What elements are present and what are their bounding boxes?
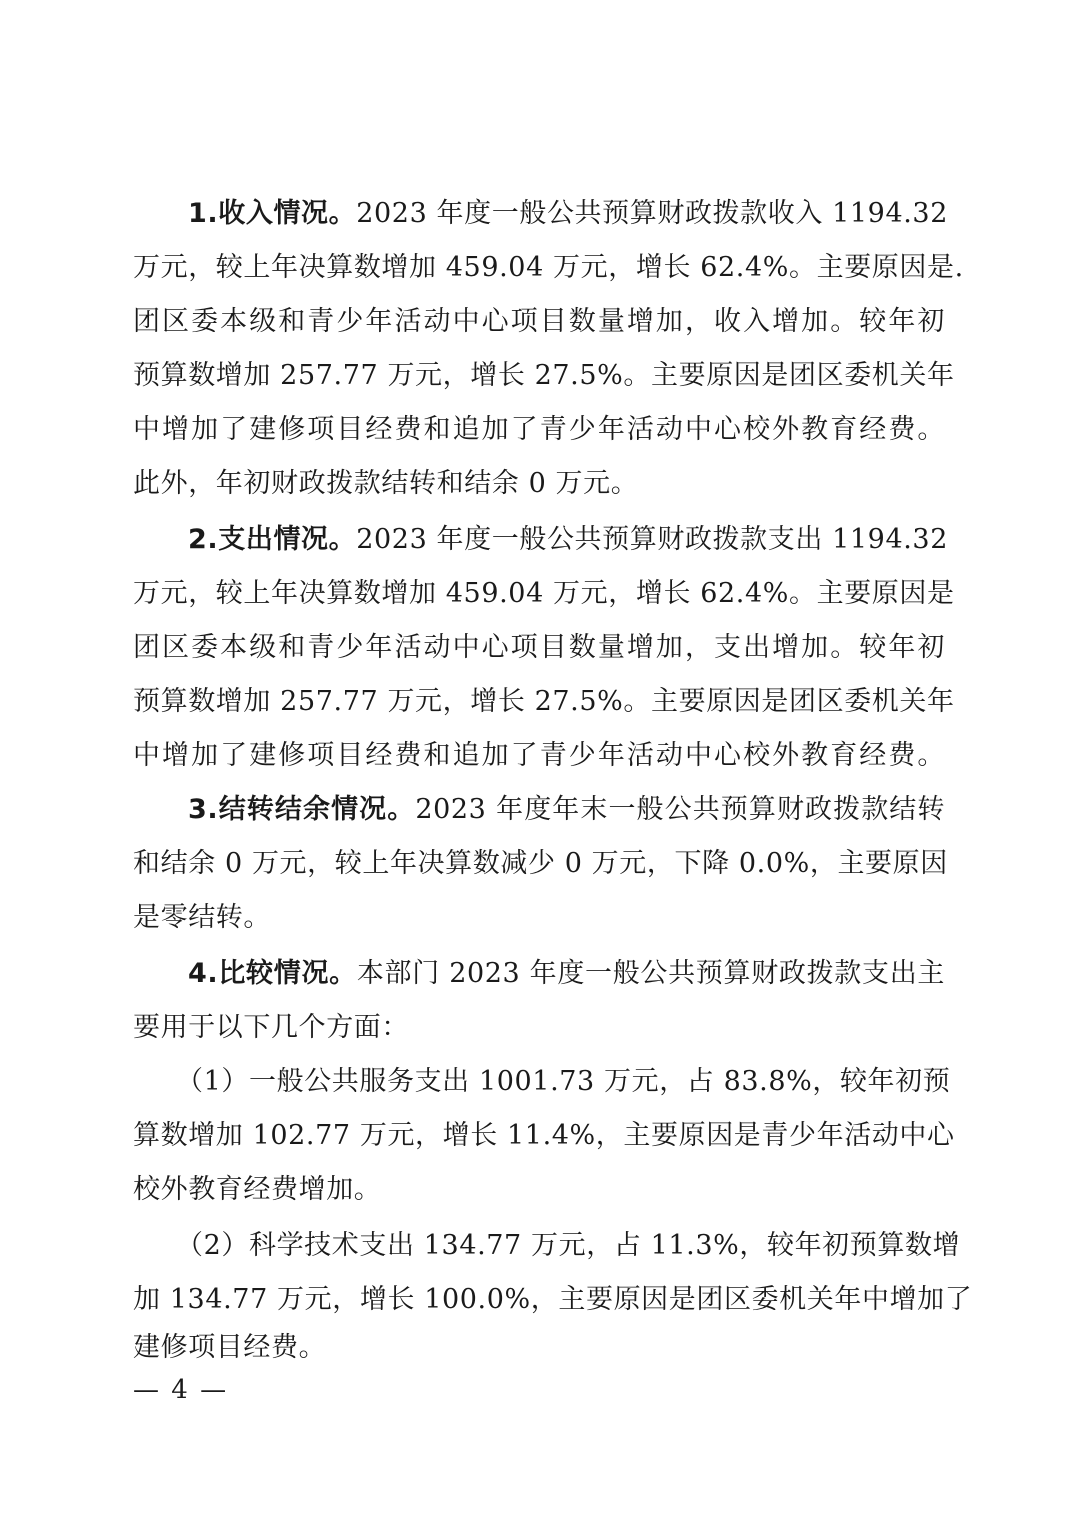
list-item-line: 算数增加 102.77 万元，增长 11.4%，主要原因是青少年活动中心: [133, 1118, 945, 1158]
paragraph-line: 万元，较上年决算数增加 459.04 万元，增长 62.4%。主要原因是: [133, 576, 945, 616]
paragraph-line: 1.收入情况。2023 年度一般公共预算财政拨款收入 1194.32: [188, 196, 945, 236]
list-item-line: 加 134.77 万元，增长 100.0%，主要原因是团区委机关年中增加了: [133, 1282, 945, 1322]
paragraph-line: 团区委本级和青少年活动中心项目数量增加，收入增加。较年初: [133, 304, 945, 344]
paragraph-line: 此外，年初财政拨款结转和结余 0 万元。: [133, 466, 945, 506]
section-heading-income: 1.收入情况。: [188, 198, 356, 229]
page-number: — 4 —: [133, 1372, 228, 1408]
section-heading-comparison: 4.比较情况。: [188, 958, 357, 989]
section-heading-carryover: 3.结转结余情况。: [188, 794, 415, 825]
list-item-line: 校外教育经费增加。: [133, 1172, 945, 1212]
list-item-line: （1）一般公共服务支出 1001.73 万元，占 83.8%，较年初预: [176, 1064, 945, 1104]
paragraph-line: 万元，较上年决算数增加 459.04 万元，增长 62.4%。主要原因是.: [133, 250, 945, 290]
paragraph-line: 是零结转。: [133, 900, 945, 940]
list-item-line: 建修项目经费。: [133, 1330, 945, 1370]
paragraph-line: 4.比较情况。本部门 2023 年度一般公共预算财政拨款支出主: [188, 956, 945, 996]
paragraph-line: 和结余 0 万元，较上年决算数减少 0 万元，下降 0.0%，主要原因: [133, 846, 945, 886]
list-item-line: （2）科学技术支出 134.77 万元，占 11.3%，较年初预算数增: [176, 1228, 945, 1268]
paragraph-line: 3.结转结余情况。2023 年度年末一般公共预算财政拨款结转: [188, 792, 945, 832]
paragraph-line: 预算数增加 257.77 万元，增长 27.5%。主要原因是团区委机关年: [133, 358, 945, 398]
document-page: 1.收入情况。2023 年度一般公共预算财政拨款收入 1194.32 万元，较上…: [0, 0, 1075, 1520]
paragraph-line: 中增加了建修项目经费和追加了青少年活动中心校外教育经费。: [133, 738, 945, 778]
section-heading-expenditure: 2.支出情况。: [188, 524, 356, 555]
paragraph-line: 2.支出情况。2023 年度一般公共预算财政拨款支出 1194.32: [188, 522, 945, 562]
paragraph-line: 预算数增加 257.77 万元，增长 27.5%。主要原因是团区委机关年: [133, 684, 945, 724]
paragraph-line: 要用于以下几个方面：: [133, 1010, 945, 1050]
paragraph-line: 中增加了建修项目经费和追加了青少年活动中心校外教育经费。: [133, 412, 945, 452]
paragraph-line: 团区委本级和青少年活动中心项目数量增加，支出增加。较年初: [133, 630, 945, 670]
